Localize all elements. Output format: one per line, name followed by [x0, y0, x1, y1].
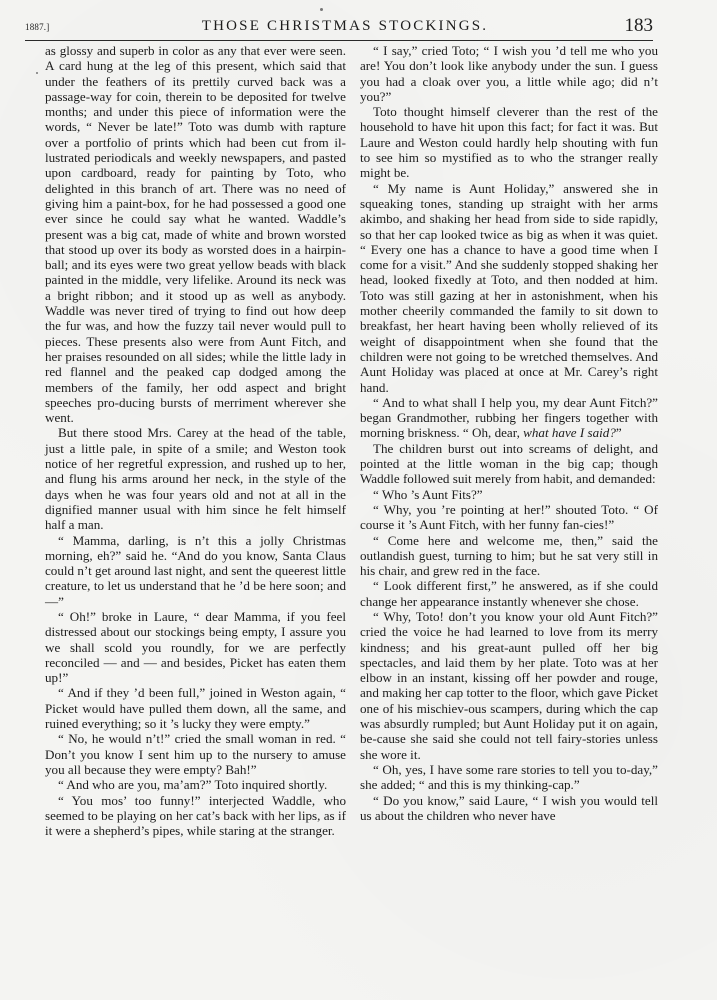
paragraph: “ Do you know,” said Laure, “ I wish you… — [360, 793, 658, 824]
paragraph: “ My name is Aunt Holiday,” answered she… — [360, 181, 658, 395]
paragraph: “ Why, Toto! don’t you know your old Aun… — [360, 609, 658, 762]
italic-phrase: what have I said? — [523, 425, 616, 440]
print-speck — [320, 8, 323, 11]
paragraph: Toto thought himself cleverer than the r… — [360, 104, 658, 180]
running-head: 1887.] THOSE CHRISTMAS STOCKINGS. 183 — [25, 18, 653, 38]
paragraph: “ Oh, yes, I have some rare stories to t… — [360, 762, 658, 793]
paragraph: “ I say,” cried Toto; “ I wish you ’d te… — [360, 43, 658, 104]
paragraph: “ And if they ’d been full,” joined in W… — [45, 685, 346, 731]
paragraph: “ And who are you, ma’am?” Toto inquired… — [45, 777, 346, 792]
paragraph: “ Oh!” broke in Laure, “ dear Mamma, if … — [45, 609, 346, 685]
paragraph: The children burst out into screams of d… — [360, 441, 658, 487]
left-column: as glossy and superb in color as any tha… — [45, 43, 346, 838]
page-number: 183 — [625, 15, 654, 37]
closing-quote: ” — [616, 425, 622, 440]
paragraph: “ Why, you ’re pointing at her!” shouted… — [360, 502, 658, 533]
header-rule — [25, 40, 653, 41]
print-speck — [36, 72, 38, 74]
paragraph-continuation: as glossy and superb in color as any tha… — [45, 43, 346, 425]
paragraph-with-italic: “ And to what shall I help you, my dear … — [360, 395, 658, 441]
paragraph: “ No, he would n’t!” cried the small wom… — [45, 731, 346, 777]
right-column: “ I say,” cried Toto; “ I wish you ’d te… — [360, 43, 658, 823]
paragraph: “ Mamma, darling, is n’t this a jolly Ch… — [45, 533, 346, 609]
book-page: 1887.] THOSE CHRISTMAS STOCKINGS. 183 as… — [0, 0, 717, 1000]
paragraph: “ Look different first,” he answered, as… — [360, 578, 658, 609]
paragraph: “ You mos’ too funny!” interjected Waddl… — [45, 793, 346, 839]
running-head-title: THOSE CHRISTMAS STOCKINGS. — [25, 18, 653, 35]
paragraph: “ Who ’s Aunt Fits?” — [360, 487, 658, 502]
paragraph: “ Come here and welcome me, then,” said … — [360, 533, 658, 579]
paragraph: But there stood Mrs. Carey at the head o… — [45, 425, 346, 532]
